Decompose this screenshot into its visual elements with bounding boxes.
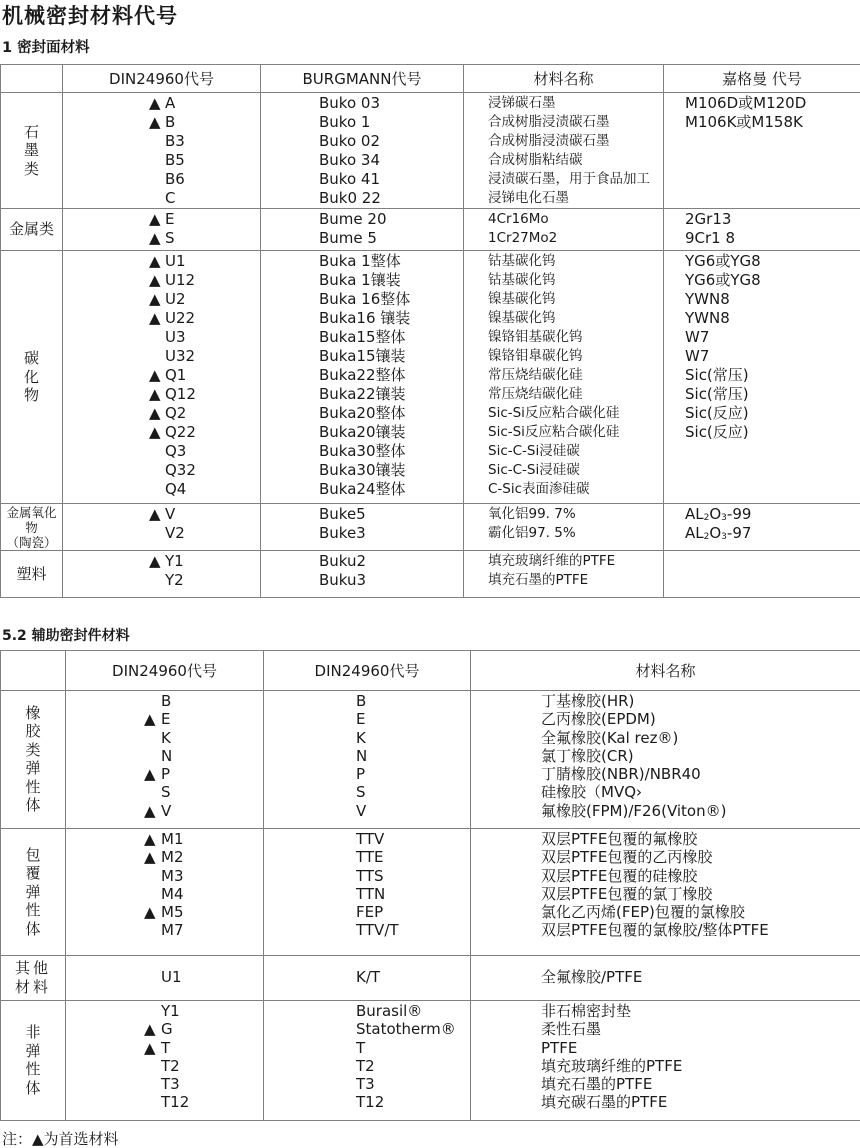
group-row: 金属类▲E▲SBume 20Bume 54Cr16Mo1Cr27Mo22Gr13… bbox=[1, 209, 860, 251]
din-code: ▲E bbox=[66, 710, 263, 728]
material-name: 浸锑碳石墨 bbox=[464, 94, 663, 113]
din-code: T12 bbox=[66, 1093, 263, 1111]
din-code-cell: B▲EKN▲PS▲V bbox=[66, 691, 264, 829]
preferred-triangle-icon: ▲ bbox=[149, 210, 165, 229]
material-name: 双层PTFE包覆的硅橡胶 bbox=[471, 867, 860, 885]
din-code-2: S bbox=[264, 783, 470, 801]
table-header-row: DIN24960代号 DIN24960代号 材料名称 bbox=[1, 651, 860, 691]
din-code-2: P bbox=[264, 765, 470, 783]
din-code: M7 bbox=[66, 921, 263, 939]
din-code: B bbox=[66, 692, 263, 710]
din-code: U3 bbox=[63, 328, 260, 347]
group-row: 碳化物▲U1▲U12▲U2▲U22U3U32▲Q1▲Q12▲Q2▲Q22Q3Q3… bbox=[1, 251, 860, 504]
burgmann-code: Buka20镶装 bbox=[261, 423, 463, 442]
din-code: ▲U12 bbox=[63, 271, 260, 290]
burgmann-code: Buko 41 bbox=[261, 170, 463, 189]
din-code: ▲M5 bbox=[66, 903, 263, 921]
material-name: 丁基橡胶(HR) bbox=[471, 692, 860, 710]
jgm-code: AL2O3-99 bbox=[664, 505, 860, 524]
din-code-value: N bbox=[144, 747, 172, 765]
din-code-2: TTV bbox=[264, 830, 470, 848]
din-code: ▲Q2 bbox=[63, 404, 260, 423]
category-label: 金属类 bbox=[9, 220, 54, 238]
burgmann-code: Buko 03 bbox=[261, 94, 463, 113]
din-code-2-cell: Burasil®Statotherm®TT2T3T12 bbox=[264, 1001, 471, 1121]
jgm-code: M106D或M120D bbox=[664, 94, 860, 113]
burgmann-code: Buka 1镶装 bbox=[261, 271, 463, 290]
din-code-2: TTN bbox=[264, 885, 470, 903]
material-name-cell: 全氟橡胶/PTFE bbox=[471, 956, 860, 1001]
din-code: M4 bbox=[66, 885, 263, 903]
material-name: 填充石墨的PTFE bbox=[471, 1075, 860, 1093]
preferred-triangle-icon: ▲ bbox=[149, 113, 165, 132]
category-label: 金属氧化物 bbox=[1, 505, 62, 535]
din-code: B3 bbox=[63, 132, 260, 151]
din-code-value: B5 bbox=[149, 151, 185, 169]
material-name-cell: 非石棉密封垫柔性石墨PTFE填充玻璃纤维的PTFE填充石墨的PTFE填充碳石墨的… bbox=[471, 1001, 860, 1121]
burgmann-code: Bume 5 bbox=[261, 229, 463, 248]
category-label: 其他 bbox=[1, 959, 65, 978]
material-name: 硅橡胶（MVQ› bbox=[471, 783, 860, 801]
material-name: Sic-Si反应粘合碳化硅 bbox=[464, 404, 663, 423]
material-name: Sic-Si反应粘合碳化硅 bbox=[464, 423, 663, 442]
burgmann-code: Buke5 bbox=[261, 505, 463, 524]
material-name: 填充碳石墨的PTFE bbox=[471, 1093, 860, 1111]
din-code-2: T2 bbox=[264, 1057, 470, 1075]
din-code-2: T bbox=[264, 1039, 470, 1057]
group-row: 其他材料U1K/T全氟橡胶/PTFE bbox=[1, 956, 860, 1001]
group-row: 非弹性体Y1▲G▲TT2T3T12Burasil®Statotherm®TT2T… bbox=[1, 1001, 860, 1121]
din-code-value: V2 bbox=[149, 524, 185, 542]
burgmann-code-cell: Buka 1整体Buka 1镶装Buka 16整体Buka16 镶装Buka15… bbox=[261, 251, 464, 504]
din-code-cell: Y1▲G▲TT2T3T12 bbox=[66, 1001, 264, 1121]
material-name: 双层PTFE包覆的氟橡胶 bbox=[471, 830, 860, 848]
burgmann-code: Buko 02 bbox=[261, 132, 463, 151]
material-name: 4Cr16Mo bbox=[464, 210, 663, 229]
jgm-code-part: AL bbox=[685, 505, 704, 523]
burgmann-code: Buku2 bbox=[261, 552, 463, 571]
din-code: ▲Q12 bbox=[63, 385, 260, 404]
category-cell: 石墨类 bbox=[1, 93, 63, 209]
material-name-cell: 钴基碳化钨钴基碳化钨镍基碳化钨镍基碳化钨镍铬钼基碳化钨镍铬钼臯碳化钨常压烧结碳化… bbox=[464, 251, 664, 504]
preferred-triangle-icon: ▲ bbox=[149, 290, 165, 309]
preferred-triangle-icon: ▲ bbox=[149, 404, 165, 423]
auxiliary-seal-materials-table: DIN24960代号 DIN24960代号 材料名称 橡胶类弹性体B▲EKN▲P… bbox=[0, 650, 860, 1121]
din-code: Q32 bbox=[63, 461, 260, 480]
jgm-code: YG6或YG8 bbox=[664, 271, 860, 290]
category-cell: 金属类 bbox=[1, 209, 63, 251]
preferred-triangle-icon: ▲ bbox=[149, 366, 165, 385]
din-code-2: TTV/T bbox=[264, 921, 470, 939]
category-label: 包覆弹性体 bbox=[25, 846, 42, 939]
din-code-value: M4 bbox=[144, 885, 184, 903]
material-name: 全氟橡胶/PTFE bbox=[471, 968, 860, 986]
preferred-triangle-icon: ▲ bbox=[144, 765, 156, 783]
preferred-triangle-icon: ▲ bbox=[149, 229, 165, 248]
jgm-code-cell: YG6或YG8YG6或YG8YWN8YWN8W7W7Sic(常压)Sic(常压)… bbox=[664, 251, 860, 504]
din-code-cell: ▲A▲BB3B5B6C bbox=[63, 93, 261, 209]
burgmann-code: Buku3 bbox=[261, 571, 463, 590]
category-cell: 橡胶类弹性体 bbox=[1, 691, 66, 829]
din-code-value: K bbox=[144, 729, 171, 747]
burgmann-code-cell: Bume 20Bume 5 bbox=[261, 209, 464, 251]
din-code: ▲P bbox=[66, 765, 263, 783]
preferred-triangle-icon: ▲ bbox=[144, 710, 156, 728]
din-code-2: FEP bbox=[264, 903, 470, 921]
din-code-2: V bbox=[264, 802, 470, 820]
jgm-code-cell: AL2O3-99AL2O3-97 bbox=[664, 504, 860, 551]
header-burgmann: BURGMANN代号 bbox=[261, 65, 464, 93]
din-code-2: B bbox=[264, 692, 470, 710]
din-code: U32 bbox=[63, 347, 260, 366]
burgmann-code-cell: Buke5Buke3 bbox=[261, 504, 464, 551]
jgm-code-part: -97 bbox=[727, 524, 752, 542]
section2-heading: 5.2 辅助密封件材料 bbox=[2, 625, 130, 645]
material-name-cell: 双层PTFE包覆的氟橡胶双层PTFE包覆的乙丙橡胶双层PTFE包覆的硅橡胶双层P… bbox=[471, 829, 860, 956]
burgmann-code: Buko 34 bbox=[261, 151, 463, 170]
din-code: ▲M1 bbox=[66, 830, 263, 848]
category-label: 石墨类 bbox=[23, 123, 40, 179]
material-name: 氧化铝99. 7% bbox=[464, 505, 663, 524]
material-name: Sic-C-Si浸硅碳 bbox=[464, 442, 663, 461]
material-name: 乙丙橡胶(EPDM) bbox=[471, 710, 860, 728]
din-code-2: TTE bbox=[264, 848, 470, 866]
burgmann-code: Buka 1整体 bbox=[261, 252, 463, 271]
header-material: 材料名称 bbox=[471, 651, 860, 691]
din-code: K bbox=[66, 729, 263, 747]
material-name: 氯丁橡胶(CR) bbox=[471, 747, 860, 765]
din-code-value: Q32 bbox=[149, 461, 196, 479]
header-jgm: 嘉格曼 代号 bbox=[664, 65, 860, 93]
material-name: 氟橡胶(FPM)/F26(Viton®) bbox=[471, 802, 860, 820]
material-name: 氯化乙丙烯(FEP)包覆的氯橡胶 bbox=[471, 903, 860, 921]
material-name: 填充玻璃纤维的PTFE bbox=[464, 552, 663, 571]
category-cell: 金属氧化物（陶瓷） bbox=[1, 504, 63, 551]
din-code-2-cell: K/T bbox=[264, 956, 471, 1001]
din-code: S bbox=[66, 783, 263, 801]
material-name: 丁腈橡胶(NBR)/NBR40 bbox=[471, 765, 860, 783]
material-name-cell: 丁基橡胶(HR)乙丙橡胶(EPDM)全氟橡胶(Kal rez®)氯丁橡胶(CR)… bbox=[471, 691, 860, 829]
burgmann-code: Buka 16整体 bbox=[261, 290, 463, 309]
preferred-triangle-icon: ▲ bbox=[149, 552, 165, 571]
group-row: 橡胶类弹性体B▲EKN▲PS▲VBEKNPSV丁基橡胶(HR)乙丙橡胶(EPDM… bbox=[1, 691, 860, 829]
din-code: ▲V bbox=[66, 802, 263, 820]
material-name: 全氟橡胶(Kal rez®) bbox=[471, 729, 860, 747]
din-code: ▲Q1 bbox=[63, 366, 260, 385]
material-name: 霸化铝97. 5% bbox=[464, 524, 663, 543]
page-title: 机械密封材料代号 bbox=[2, 0, 178, 30]
jgm-code: 2Gr13 bbox=[664, 210, 860, 229]
din-code-value: S bbox=[144, 783, 171, 801]
burgmann-code: Buka22镶装 bbox=[261, 385, 463, 404]
jgm-code: W7 bbox=[664, 328, 860, 347]
din-code: B5 bbox=[63, 151, 260, 170]
din-code: ▲Y1 bbox=[63, 552, 260, 571]
din-code-2: N bbox=[264, 747, 470, 765]
header-material: 材料名称 bbox=[464, 65, 664, 93]
material-name: PTFE bbox=[471, 1039, 860, 1057]
din-code-2: T12 bbox=[264, 1093, 470, 1111]
din-code-2-cell: BEKNPSV bbox=[264, 691, 471, 829]
din-code-2: T3 bbox=[264, 1075, 470, 1093]
material-name: 镍基碳化钨 bbox=[464, 290, 663, 309]
din-code: ▲V bbox=[63, 505, 260, 524]
jgm-code-part: O bbox=[709, 505, 721, 523]
preferred-triangle-icon: ▲ bbox=[149, 309, 165, 328]
burgmann-code: Buko 1 bbox=[261, 113, 463, 132]
din-code: M3 bbox=[66, 867, 263, 885]
group-row: 塑料▲Y1Y2Buku2Buku3填充玻璃纤维的PTFE填充石墨的PTFE bbox=[1, 551, 860, 598]
din-code-value: B6 bbox=[149, 170, 185, 188]
jgm-code: Sic(常压) bbox=[664, 385, 860, 404]
category-cell: 其他材料 bbox=[1, 956, 66, 1001]
material-name: 钴基碳化钨 bbox=[464, 271, 663, 290]
header-category bbox=[1, 65, 63, 93]
material-name-cell: 4Cr16Mo1Cr27Mo2 bbox=[464, 209, 664, 251]
din-code: V2 bbox=[63, 524, 260, 543]
preferred-triangle-icon: ▲ bbox=[149, 423, 165, 442]
category-label: 橡胶类弹性体 bbox=[25, 704, 42, 815]
material-name: 填充玻璃纤维的PTFE bbox=[471, 1057, 860, 1075]
din-code-value: U3 bbox=[149, 328, 186, 346]
din-code-2: K bbox=[264, 729, 470, 747]
group-row: 金属氧化物（陶瓷）▲VV2Buke5Buke3氧化铝99. 7%霸化铝97. 5… bbox=[1, 504, 860, 551]
category-cell: 碳化物 bbox=[1, 251, 63, 504]
material-name: 填充石墨的PTFE bbox=[464, 571, 663, 590]
material-name: 1Cr27Mo2 bbox=[464, 229, 663, 248]
material-name: 常压烧结碳化硅 bbox=[464, 385, 663, 404]
header-din: DIN24960代号 bbox=[63, 65, 261, 93]
din-code-value: Q4 bbox=[149, 480, 186, 498]
material-name-cell: 氧化铝99. 7%霸化铝97. 5% bbox=[464, 504, 664, 551]
din-code-value: U32 bbox=[149, 347, 195, 365]
din-code: T2 bbox=[66, 1057, 263, 1075]
burgmann-code-cell: Buko 03Buko 1Buko 02Buko 34Buko 41Buk0 2… bbox=[261, 93, 464, 209]
din-code: ▲G bbox=[66, 1020, 263, 1038]
din-code-value: M7 bbox=[144, 921, 184, 939]
din-code-cell: ▲Y1Y2 bbox=[63, 551, 261, 598]
din-code: ▲Q22 bbox=[63, 423, 260, 442]
din-code: Q4 bbox=[63, 480, 260, 499]
jgm-code-cell: 2Gr139Cr1 8 bbox=[664, 209, 860, 251]
material-name: 镍基碳化钨 bbox=[464, 309, 663, 328]
material-name: 镍铬钼基碳化钨 bbox=[464, 328, 663, 347]
burgmann-code: Buka20整体 bbox=[261, 404, 463, 423]
category-cell: 包覆弹性体 bbox=[1, 829, 66, 956]
burgmann-code: Buka16 镶装 bbox=[261, 309, 463, 328]
header-category bbox=[1, 651, 66, 691]
preferred-triangle-icon: ▲ bbox=[149, 252, 165, 271]
material-name: 柔性石墨 bbox=[471, 1020, 860, 1038]
burgmann-code: Buka15整体 bbox=[261, 328, 463, 347]
din-code-value: C bbox=[149, 189, 175, 207]
group-row: 石墨类▲A▲BB3B5B6CBuko 03Buko 1Buko 02Buko 3… bbox=[1, 93, 860, 209]
din-code: ▲U1 bbox=[63, 252, 260, 271]
din-code: Y2 bbox=[63, 571, 260, 590]
jgm-code: Sic(反应) bbox=[664, 404, 860, 423]
material-name: 钴基碳化钨 bbox=[464, 252, 663, 271]
table-header-row: DIN24960代号 BURGMANN代号 材料名称 嘉格曼 代号 bbox=[1, 65, 860, 93]
burgmann-code: Buka30镶装 bbox=[261, 461, 463, 480]
header-din: DIN24960代号 bbox=[66, 651, 264, 691]
din-code-value: B bbox=[144, 692, 171, 710]
category-label: 碳化物 bbox=[23, 349, 40, 405]
material-name: 双层PTFE包覆的氯橡胶/整体PTFE bbox=[471, 921, 860, 939]
din-code-2: Burasil® bbox=[264, 1002, 470, 1020]
din-code: C bbox=[63, 189, 260, 208]
material-name: 双层PTFE包覆的氯丁橡胶 bbox=[471, 885, 860, 903]
burgmann-code: Buke3 bbox=[261, 524, 463, 543]
din-code-cell: U1 bbox=[66, 956, 264, 1001]
din-code-cell: ▲VV2 bbox=[63, 504, 261, 551]
jgm-code: YWN8 bbox=[664, 309, 860, 328]
material-name: Sic-C-Si浸硅碳 bbox=[464, 461, 663, 480]
preferred-triangle-icon: ▲ bbox=[149, 94, 165, 113]
din-code-value: Q3 bbox=[149, 442, 186, 460]
jgm-code: Sic(反应) bbox=[664, 423, 860, 442]
material-name: 浸渍碳石墨，用于食品加工 bbox=[464, 170, 663, 189]
burgmann-code: Buk0 22 bbox=[261, 189, 463, 208]
jgm-code: M106K或M158K bbox=[664, 113, 860, 132]
preferred-triangle-icon: ▲ bbox=[149, 271, 165, 290]
material-name: 双层PTFE包覆的乙丙橡胶 bbox=[471, 848, 860, 866]
preferred-triangle-icon: ▲ bbox=[144, 802, 156, 820]
category-label: 非弹性体 bbox=[25, 1023, 42, 1097]
din-code-value: Y1 bbox=[144, 1002, 180, 1020]
din-code: ▲T bbox=[66, 1039, 263, 1057]
material-name: 浸锑电化石墨 bbox=[464, 189, 663, 208]
din-code-value: B3 bbox=[149, 132, 185, 150]
category-cell: 塑料 bbox=[1, 551, 63, 598]
din-code: ▲B bbox=[63, 113, 260, 132]
preferred-triangle-icon: ▲ bbox=[144, 1020, 156, 1038]
din-code-value: M3 bbox=[144, 867, 184, 885]
category-label-sub: 材料 bbox=[1, 978, 65, 997]
seal-face-materials-table: DIN24960代号 BURGMANN代号 材料名称 嘉格曼 代号 石墨类▲A▲… bbox=[0, 64, 860, 598]
category-label: 塑料 bbox=[16, 565, 46, 583]
jgm-code-part: AL bbox=[685, 524, 704, 542]
din-code: Y1 bbox=[66, 1002, 263, 1020]
jgm-code: W7 bbox=[664, 347, 860, 366]
category-label-sub: （陶瓷） bbox=[1, 535, 62, 550]
din-code-2: K/T bbox=[264, 968, 470, 986]
jgm-code-cell bbox=[664, 551, 860, 598]
jgm-code: YG6或YG8 bbox=[664, 252, 860, 271]
material-name-cell: 填充玻璃纤维的PTFE填充石墨的PTFE bbox=[464, 551, 664, 598]
din-code-value: U1 bbox=[144, 968, 182, 986]
jgm-code-part: -99 bbox=[727, 505, 752, 523]
din-code-value: T3 bbox=[144, 1075, 180, 1093]
burgmann-code: Bume 20 bbox=[261, 210, 463, 229]
jgm-code: YWN8 bbox=[664, 290, 860, 309]
material-name: 镍铬钼臯碳化钨 bbox=[464, 347, 663, 366]
burgmann-code: Buka15镶装 bbox=[261, 347, 463, 366]
preferred-triangle-icon: ▲ bbox=[144, 848, 156, 866]
material-name: 非石棉密封垫 bbox=[471, 1002, 860, 1020]
preferred-triangle-icon: ▲ bbox=[144, 903, 156, 921]
din-code-cell: ▲U1▲U12▲U2▲U22U3U32▲Q1▲Q12▲Q2▲Q22Q3Q32Q4 bbox=[63, 251, 261, 504]
material-name-cell: 浸锑碳石墨合成树脂浸渍碳石墨合成树脂浸渍碳石墨合成树脂粘结碳浸渍碳石墨，用于食品… bbox=[464, 93, 664, 209]
din-code: ▲U22 bbox=[63, 309, 260, 328]
preferred-triangle-icon: ▲ bbox=[149, 505, 165, 524]
category-cell: 非弹性体 bbox=[1, 1001, 66, 1121]
material-name: 常压烧结碳化硅 bbox=[464, 366, 663, 385]
material-name: 合成树脂浸渍碳石墨 bbox=[464, 132, 663, 151]
preferred-triangle-icon: ▲ bbox=[144, 1039, 156, 1057]
din-code: U1 bbox=[66, 968, 263, 986]
group-row: 包覆弹性体▲M1▲M2M3M4▲M5M7TTVTTETTSTTNFEPTTV/T… bbox=[1, 829, 860, 956]
jgm-code: 9Cr1 8 bbox=[664, 229, 860, 248]
footnote: 注：▲为首选材料 bbox=[2, 1128, 119, 1148]
din-code-value: T12 bbox=[144, 1093, 189, 1111]
jgm-code: Sic(常压) bbox=[664, 366, 860, 385]
jgm-code-cell: M106D或M120DM106K或M158K bbox=[664, 93, 860, 209]
jgm-code: AL2O3-97 bbox=[664, 524, 860, 543]
din-code: N bbox=[66, 747, 263, 765]
din-code-value: T2 bbox=[144, 1057, 180, 1075]
din-code-cell: ▲M1▲M2M3M4▲M5M7 bbox=[66, 829, 264, 956]
section1-heading: 1 密封面材料 bbox=[2, 36, 90, 57]
din-code: ▲U2 bbox=[63, 290, 260, 309]
din-code: ▲E bbox=[63, 210, 260, 229]
header-din-2: DIN24960代号 bbox=[264, 651, 471, 691]
din-code: T3 bbox=[66, 1075, 263, 1093]
preferred-triangle-icon: ▲ bbox=[149, 385, 165, 404]
din-code-2: E bbox=[264, 710, 470, 728]
din-code: ▲M2 bbox=[66, 848, 263, 866]
din-code-value: Y2 bbox=[149, 571, 184, 589]
material-name: 合成树脂浸渍碳石墨 bbox=[464, 113, 663, 132]
burgmann-code: Buka24整体 bbox=[261, 480, 463, 499]
din-code-2: TTS bbox=[264, 867, 470, 885]
jgm-code-part: O bbox=[709, 524, 721, 542]
burgmann-code: Buka22整体 bbox=[261, 366, 463, 385]
burgmann-code: Buka30整体 bbox=[261, 442, 463, 461]
din-code-2-cell: TTVTTETTSTTNFEPTTV/T bbox=[264, 829, 471, 956]
material-name: C-Sic表面渗硅碳 bbox=[464, 480, 663, 499]
din-code-cell: ▲E▲S bbox=[63, 209, 261, 251]
din-code: B6 bbox=[63, 170, 260, 189]
material-name: 合成树脂粘结碳 bbox=[464, 151, 663, 170]
din-code-2: Statotherm® bbox=[264, 1020, 470, 1038]
din-code: Q3 bbox=[63, 442, 260, 461]
preferred-triangle-icon: ▲ bbox=[144, 830, 156, 848]
din-code: ▲A bbox=[63, 94, 260, 113]
din-code: ▲S bbox=[63, 229, 260, 248]
burgmann-code-cell: Buku2Buku3 bbox=[261, 551, 464, 598]
